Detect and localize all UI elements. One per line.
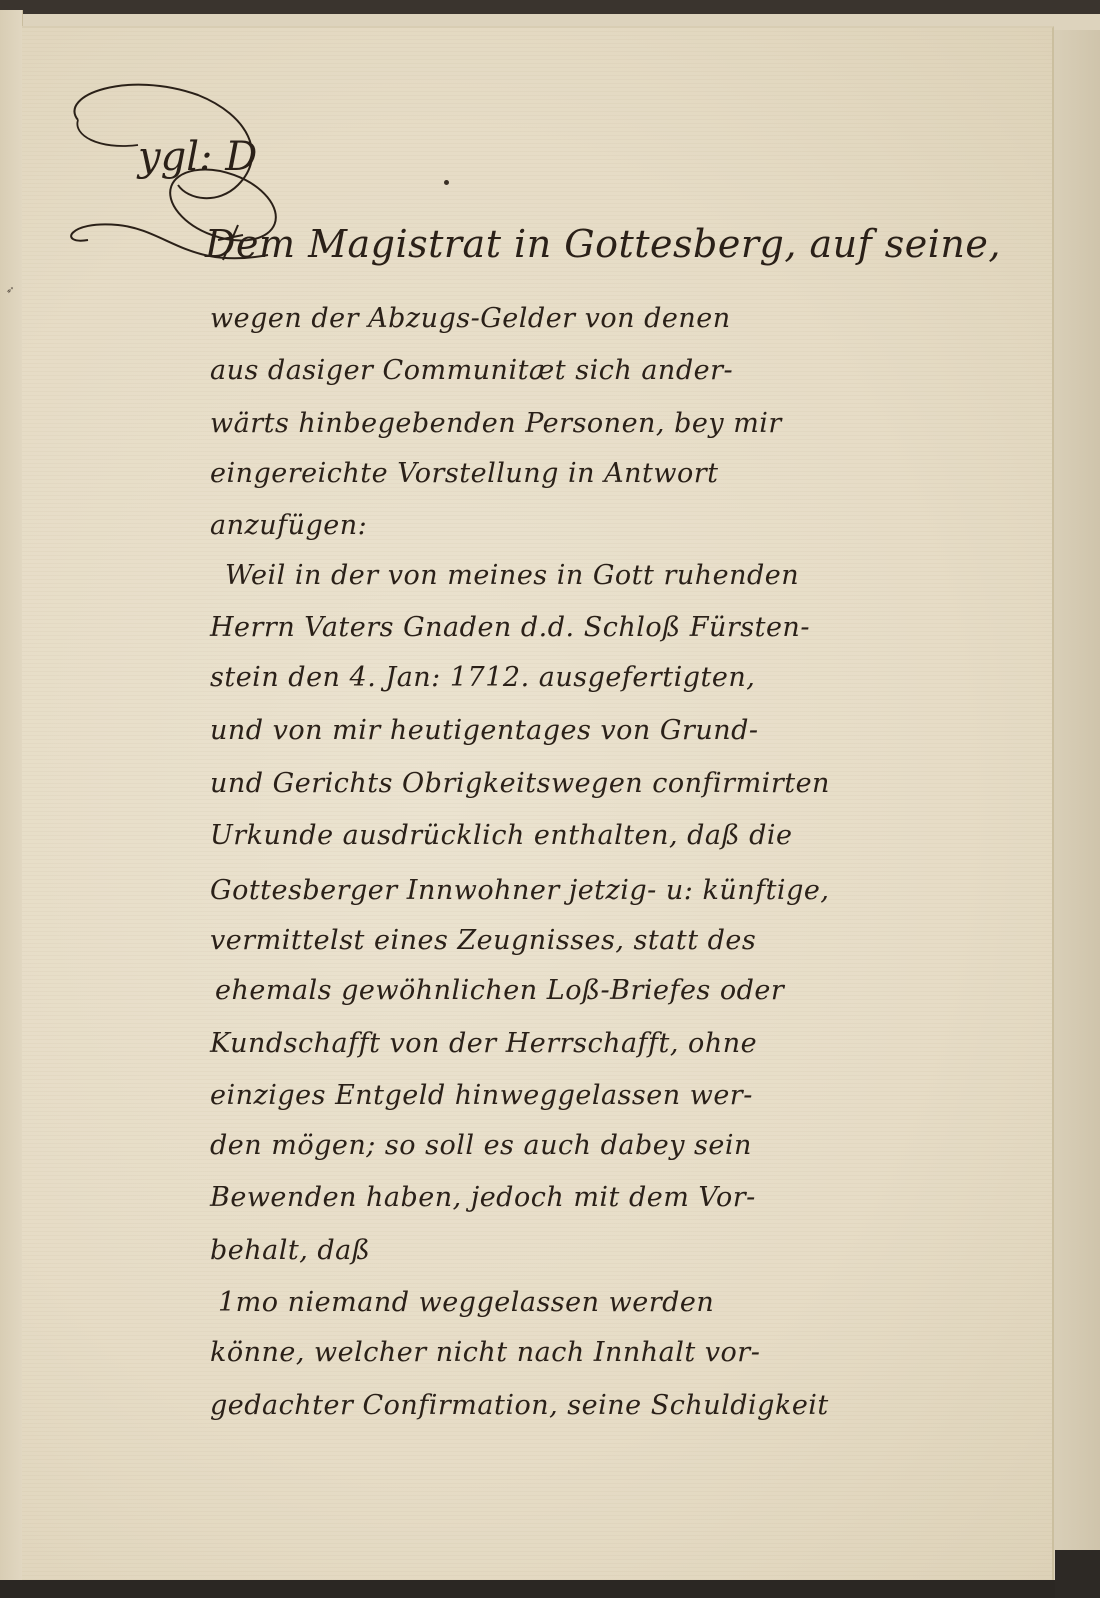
underlying-page-right [1052, 30, 1100, 1550]
manuscript-line-9: stein den 4. Jan: 1712. ausgefertigten, [210, 662, 755, 693]
manuscript-line-23: gedachter Confirmation, seine Schuldigke… [210, 1390, 829, 1421]
manuscript-line-5: eingereichte Vorstellung in Antwort [210, 458, 718, 489]
manuscript-line-3: aus dasiger Communitæt sich ander- [210, 355, 733, 386]
manuscript-line-20: behalt, daß [210, 1235, 370, 1266]
manuscript-line-15: ehemals gewöhnlichen Loß-Briefes oder [215, 975, 784, 1006]
manuscript-line-10: und von mir heutigentages von Grund- [210, 715, 759, 746]
ink-dot [444, 180, 449, 185]
manuscript-line-16: Kundschafft von der Herrschafft, ohne [210, 1028, 757, 1059]
manuscript-line-1: Dem Magistrat in Gottesberg, auf seine, [205, 222, 1001, 266]
manuscript-line-13: Gottesberger Innwohner jetzig- u: künfti… [210, 875, 829, 906]
manuscript-line-8: Herrn Vaters Gnaden d.d. Schloß Fürsten- [210, 612, 810, 643]
manuscript-line-11: und Gerichts Obrigkeitswegen confirmirte… [210, 768, 830, 799]
svg-text:ygl: D: ygl: D [136, 134, 257, 180]
margin-mark-icon: ➶ [6, 285, 14, 296]
page-gutter-edge [0, 10, 23, 1585]
scan-background-bottom [0, 1580, 1100, 1598]
manuscript-line-12: Urkunde ausdrücklich enthalten, daß die [210, 820, 793, 851]
manuscript-line-17: einziges Entgeld hinweggelassen wer- [210, 1080, 753, 1111]
manuscript-line-14: vermittelst eines Zeugnisses, statt des [210, 925, 756, 956]
manuscript-line-7: Weil in der von meines in Gott ruhenden [225, 560, 799, 591]
manuscript-line-22: könne, welcher nicht nach Innhalt vor- [210, 1337, 760, 1368]
manuscript-line-6: anzufügen: [210, 510, 367, 541]
manuscript-line-19: Bewenden haben, jedoch mit dem Vor- [210, 1182, 756, 1213]
scan-background-corner [1055, 1550, 1100, 1598]
manuscript-line-21: 1mo niemand weggelassen werden [218, 1287, 714, 1318]
manuscript-line-4: wärts hinbegebenden Personen, bey mir [210, 408, 782, 439]
manuscript-line-18: den mögen; so soll es auch dabey sein [210, 1130, 752, 1161]
scan-background-top [0, 0, 1100, 14]
manuscript-line-2: wegen der Abzugs-Gelder von denen [210, 303, 731, 334]
